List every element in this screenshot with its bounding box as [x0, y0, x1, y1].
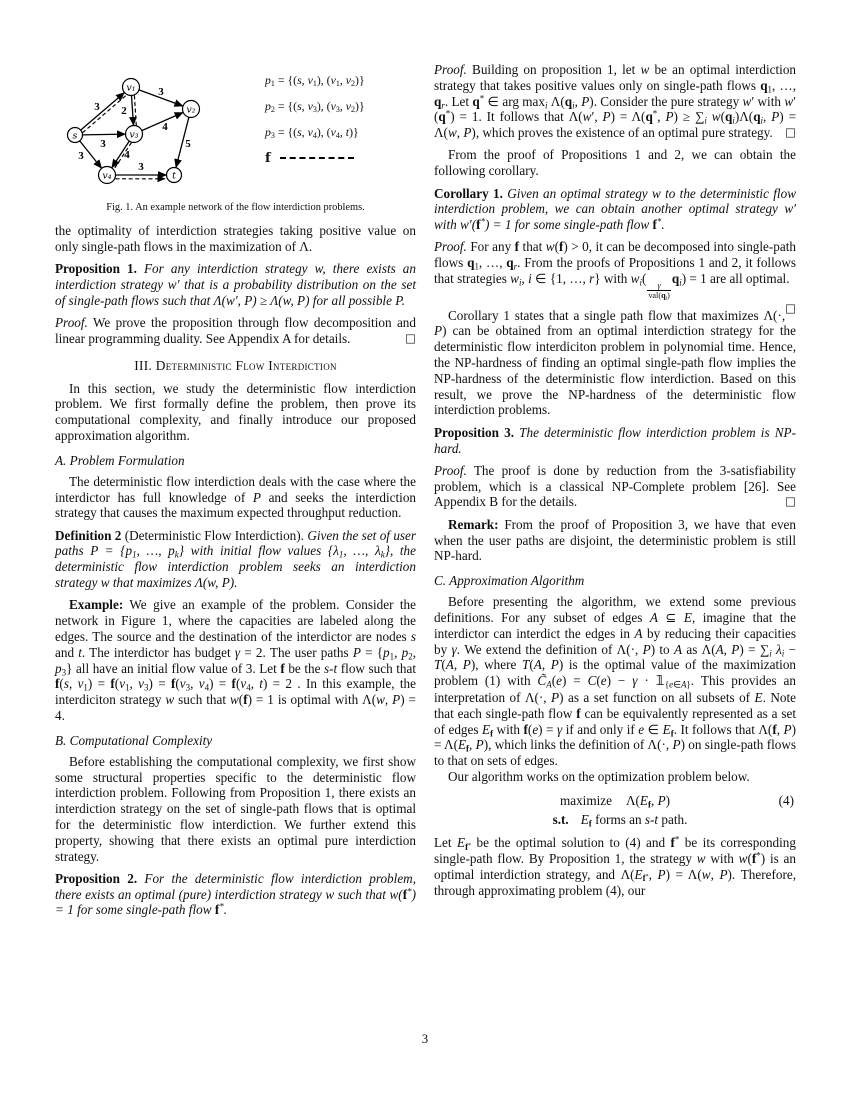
- capacity-s-v1: 3: [94, 101, 100, 113]
- capacity-v4-t: 3: [138, 161, 144, 173]
- left-column: s v₁ v₂ v₃ v₄ t 3 3 2 3 4 5 3 4 3: [55, 62, 416, 925]
- qed-tombstone: □: [785, 301, 796, 316]
- example-head: Example:: [69, 597, 123, 612]
- paragraph-section-intro: In this section, we study the determinis…: [55, 381, 416, 444]
- node-label-s: s: [73, 131, 78, 142]
- paragraph-corollary-discussion: Corollary 1 states that a single path fl…: [434, 308, 796, 419]
- equation-4-constraint-row: s.t.Ef forms an s-t path.: [434, 812, 796, 828]
- edge-s-v1: [81, 93, 125, 131]
- constraint-expression: Ef forms an s-t path.: [581, 812, 688, 827]
- network-graph: s v₁ v₂ v₃ v₄ t 3 3 2 3 4 5 3 4 3: [55, 62, 255, 194]
- figure-caption: Fig. 1. An example network of the flow i…: [55, 202, 416, 214]
- edge-v1-v3: [132, 96, 134, 126]
- definition-2: Definition 2 (Deterministic Flow Interdi…: [55, 528, 416, 591]
- qed-tombstone: □: [405, 331, 416, 346]
- equation-number: (4): [779, 793, 794, 809]
- remark-paragraph: Remark: From the proof of Proposition 3,…: [434, 517, 796, 564]
- flow-f-label: f: [265, 151, 271, 166]
- qed-tombstone: □: [785, 125, 796, 140]
- node-label-v2: v₂: [186, 105, 195, 116]
- proof-corollary-1-body: For any f that w(f) > 0, it can be decom…: [434, 239, 796, 286]
- flow-f-v1-v3: [134, 95, 136, 125]
- paragraph-final: Let Ef* be the optimal solution to (4) a…: [434, 835, 796, 898]
- edge-s-v3: [83, 134, 126, 135]
- capacity-v1-v3: 2: [121, 105, 127, 117]
- capacity-v2-t: 5: [185, 138, 191, 150]
- subject-to-label: s.t.: [553, 812, 569, 827]
- path-definition-p2: p2 = {(s, v3), (v3, v2)}: [265, 100, 365, 113]
- paragraph-algorithm-works: Our algorithm works on the optimization …: [434, 769, 796, 785]
- subsection-a-heading: A. Problem Formulation: [55, 453, 416, 469]
- definition-2-head: Definition 2: [55, 528, 121, 543]
- section-heading-3: III. Deterministic Flow Interdiction: [55, 358, 416, 374]
- definition-2-paren: (Deterministic Flow Interdiction).: [125, 528, 304, 543]
- page-number: 3: [0, 1032, 850, 1048]
- node-label-v1: v₁: [126, 83, 135, 94]
- corollary-1: Corollary 1. Given an optimal strategy w…: [434, 186, 796, 233]
- proof-proposition-3: Proof. The proof is done by reduction fr…: [434, 463, 796, 510]
- path-definition-p1: p1 = {(s, v1), (v1, v2)}: [265, 74, 365, 87]
- paragraph-approximation-definitions: Before presenting the algorithm, we exte…: [434, 594, 796, 769]
- path-definition-p3: p3 = {(s, v4), (v4, t)}: [265, 126, 365, 139]
- capacity-s-v3: 3: [100, 138, 106, 150]
- proof-label: Proof.: [434, 62, 467, 77]
- paragraph-after-proof: From the proof of Propositions 1 and 2, …: [434, 147, 796, 179]
- maximize-label: maximize: [560, 793, 612, 808]
- proof-proposition-1-body: We prove the proposition through flow de…: [55, 315, 416, 346]
- right-column: Proof. Building on proposition 1, let w …: [434, 62, 796, 898]
- proposition-3: Proposition 3. The deterministic flow in…: [434, 425, 796, 457]
- paragraph-complexity-intro: Before establishing the computational co…: [55, 754, 416, 865]
- flow-f-s-v1: [83, 95, 127, 132]
- proof-label: Proof.: [434, 239, 467, 254]
- proposition-2: Proposition 2. For the deterministic flo…: [55, 871, 416, 918]
- example-body: We give an example of the problem. Consi…: [55, 597, 416, 723]
- dashed-line-sample: [280, 157, 354, 159]
- proposition-1-head: Proposition 1.: [55, 261, 137, 276]
- remark-head: Remark:: [448, 517, 499, 532]
- node-label-v4: v₄: [102, 171, 111, 182]
- proposition-2-head: Proposition 2.: [55, 871, 137, 886]
- proof-corollary-1: Proof. For any f that w(f) > 0, it can b…: [434, 239, 796, 301]
- proof-proposition-1: Proof. We prove the proposition through …: [55, 315, 416, 347]
- proposition-1: Proposition 1. For any interdiction stra…: [55, 261, 416, 308]
- paper-page: s v₁ v₂ v₃ v₄ t 3 3 2 3 4 5 3 4 3: [0, 0, 850, 1100]
- equation-4: maximizeΛ(Ef, P) (4) s.t.Ef forms an s-t…: [434, 793, 796, 828]
- node-label-v3: v₃: [129, 130, 138, 141]
- capacity-v3-v2: 4: [162, 121, 168, 133]
- objective-expression: Λ(Ef, P): [626, 793, 670, 808]
- proof-proposition-2-body: Building on proposition 1, let w be an o…: [434, 62, 796, 140]
- equation-4-objective-row: maximizeΛ(Ef, P) (4): [434, 793, 796, 809]
- subsection-b-heading: B. Computational Complexity: [55, 733, 416, 749]
- capacity-v3-v4: 4: [124, 149, 130, 161]
- figure-1: s v₁ v₂ v₃ v₄ t 3 3 2 3 4 5 3 4 3: [55, 62, 416, 214]
- proof-proposition-3-body: The proof is done by reduction from the …: [434, 463, 796, 510]
- proof-proposition-2: Proof. Building on proposition 1, let w …: [434, 62, 796, 141]
- paragraph-intro: the optimality of interdiction strategie…: [55, 223, 416, 255]
- node-label-t: t: [172, 171, 176, 182]
- proposition-3-head: Proposition 3.: [434, 425, 514, 440]
- example-paragraph: Example: We give an example of the probl…: [55, 597, 416, 723]
- paragraph-problem-formulation: The deterministic flow interdiction deal…: [55, 474, 416, 521]
- proof-label: Proof.: [434, 463, 467, 478]
- proof-label: Proof.: [55, 315, 88, 330]
- capacity-v1-v2: 3: [158, 86, 164, 98]
- flow-legend-entry: f: [265, 152, 365, 165]
- capacity-s-v4: 3: [78, 150, 84, 162]
- figure-legend: p1 = {(s, v1), (v1, v2)} p2 = {(s, v3), …: [265, 74, 365, 178]
- corollary-1-head: Corollary 1.: [434, 186, 503, 201]
- qed-tombstone: □: [785, 494, 796, 509]
- subsection-c-heading: C. Approximation Algorithm: [434, 573, 796, 589]
